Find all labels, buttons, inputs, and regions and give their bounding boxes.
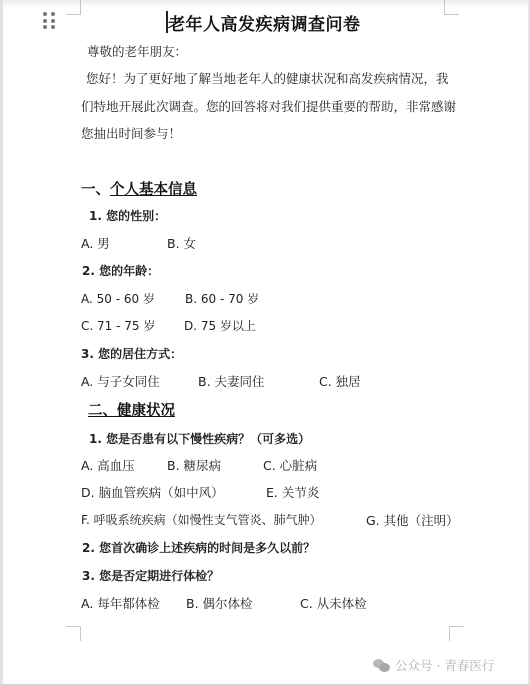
watermark-text: 公众号 · 青春医行 <box>395 656 494 674</box>
option-checkup-c[interactable]: C. 从未体检 <box>300 594 367 612</box>
option-chronic-b[interactable]: B. 糖尿病 <box>167 456 221 474</box>
option-living-b[interactable]: B. 夫妻同住 <box>198 372 265 390</box>
option-chronic-a[interactable]: A. 高血压 <box>81 456 135 474</box>
wechat-icon <box>373 659 391 672</box>
option-age-d[interactable]: D. 75 岁以上 <box>184 317 256 334</box>
question-checkup[interactable]: 3. 您是否定期进行体检？ <box>82 567 219 584</box>
question-chronic[interactable]: 1. 您是否患有以下慢性疾病？（可多选） <box>89 430 310 447</box>
intro-line-3[interactable]: 您抽出时间参与！ <box>81 124 181 142</box>
question-age[interactable]: 2. 您的年龄： <box>82 262 159 279</box>
question-gender[interactable]: 1. 您的性别： <box>89 207 166 224</box>
section-1-title: 个人基本信息 <box>110 182 197 198</box>
option-living-a[interactable]: A. 与子女同住 <box>81 372 160 390</box>
page-left-edge <box>0 0 3 686</box>
option-age-a[interactable]: A. 50 - 60 岁 <box>81 290 155 307</box>
option-chronic-c[interactable]: C. 心脏病 <box>263 456 317 474</box>
option-chronic-d[interactable]: D. 脑血管疾病（如中风） <box>81 483 224 501</box>
question-diagnosis-time[interactable]: 2. 您首次确诊上述疾病的时间是多久以前？ <box>82 539 315 556</box>
margin-corner-top-left <box>66 0 81 15</box>
question-living[interactable]: 3. 您的居住方式： <box>81 345 182 362</box>
section-2-heading[interactable]: 二、健康状况 <box>88 399 175 420</box>
option-age-b[interactable]: B. 60 - 70 岁 <box>185 290 259 307</box>
watermark: 公众号 · 青春医行 <box>373 656 494 674</box>
intro-line-1[interactable]: 您好！为了更好地了解当地老年人的健康状况和高发疾病情况，我 <box>86 69 449 87</box>
option-checkup-b[interactable]: B. 偶尔体检 <box>186 594 253 612</box>
section-1-heading[interactable]: 一、个人基本信息 <box>81 178 197 199</box>
section-1-prefix: 一、 <box>81 182 110 198</box>
option-chronic-g[interactable]: G. 其他（注明） <box>366 511 459 529</box>
option-living-c[interactable]: C. 独居 <box>319 372 361 390</box>
margin-corner-bottom-right <box>449 626 464 641</box>
document-title[interactable]: 老年人高发疾病调查问卷 <box>168 10 361 35</box>
option-gender-a[interactable]: A. 男 <box>81 234 110 252</box>
option-age-c[interactable]: C. 71 - 75 岁 <box>81 317 155 334</box>
greeting[interactable]: 尊敬的老年朋友： <box>87 42 187 60</box>
option-checkup-a[interactable]: A. 每年都体检 <box>81 594 160 612</box>
margin-corner-bottom-left <box>66 626 81 641</box>
drag-handle-icon[interactable] <box>43 12 55 30</box>
option-chronic-f[interactable]: F. 呼吸系统疾病（如慢性支气管炎、肺气肿） <box>81 511 322 528</box>
option-chronic-e[interactable]: E. 关节炎 <box>266 483 319 501</box>
intro-line-2[interactable]: 们特地开展此次调查。您的回答将对我们提供重要的帮助，非常感谢 <box>81 97 456 115</box>
option-gender-b[interactable]: B. 女 <box>167 234 196 252</box>
margin-corner-top-right <box>444 0 459 15</box>
